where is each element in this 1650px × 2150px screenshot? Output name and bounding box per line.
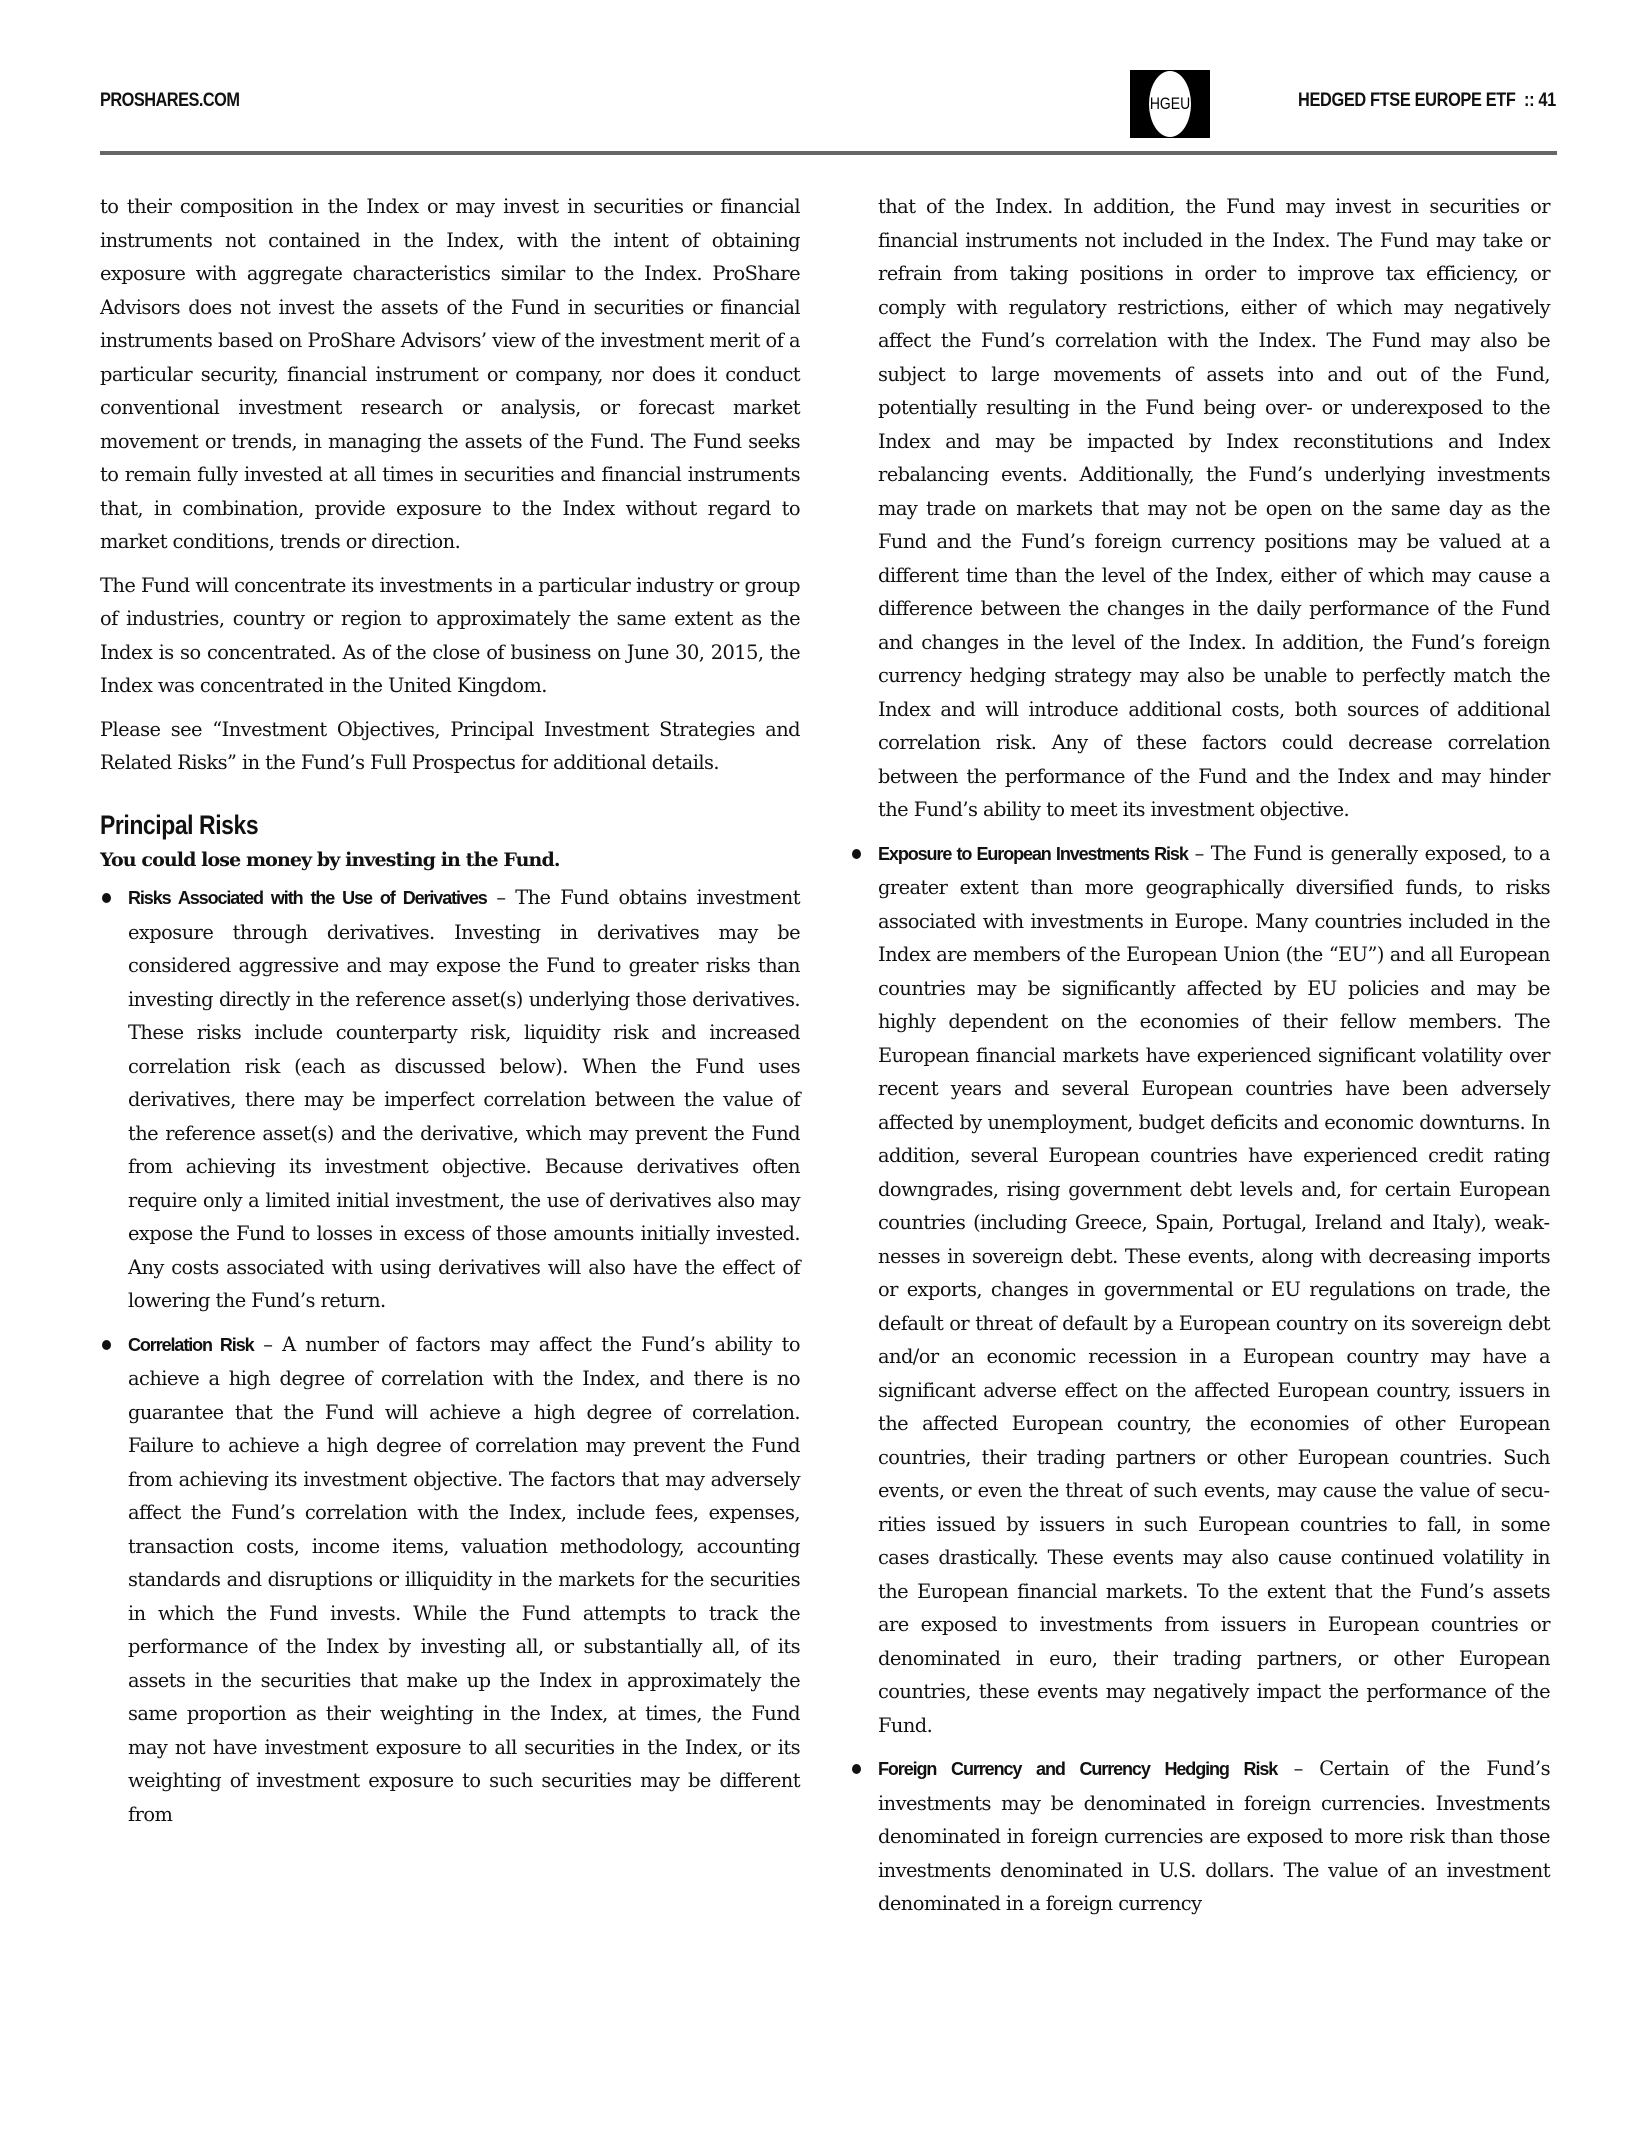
risk-text: The Fund is generally exposed, to a grea… (878, 842, 1550, 1737)
risk-term: Correlation Risk (128, 1335, 254, 1355)
risk-term: Foreign Currency and Currency Hedging Ri… (878, 1759, 1277, 1779)
risk-list: Exposure to European Investments Risk – … (850, 837, 1550, 1921)
site-name: PROSHARES.COM (100, 90, 239, 112)
risk-dash: – (1277, 1757, 1319, 1780)
left-column: to their composition in the Index or may… (100, 190, 800, 1841)
risk-item: Risks Associated with the Use of Derivat… (100, 881, 800, 1318)
risk-text: The Fund obtains investment exposure thr… (128, 886, 800, 1312)
fund-title: HEDGED FTSE EUROPE ETF (1298, 90, 1516, 111)
risk-item: Exposure to European Investments Risk – … (850, 837, 1550, 1743)
section-heading: Principal Risks (100, 808, 695, 842)
risk-dash: – (1188, 842, 1211, 865)
bullet-icon (102, 893, 111, 903)
risk-term: Exposure to European Investments Risk (878, 844, 1188, 864)
fund-logo: HGEU (1130, 70, 1210, 138)
bullet-icon (852, 1764, 861, 1774)
continued-paragraph: that of the Index. In addition, the Fund… (850, 190, 1550, 827)
risk-text: Certain of the Fund’s investments may be… (878, 1757, 1550, 1915)
body-paragraph: to their composition in the Index or may… (100, 190, 800, 559)
title-separator: :: (1524, 90, 1534, 111)
risk-dash: – (487, 886, 516, 909)
risk-text: A number of factors may affect the Fund’… (128, 1333, 800, 1826)
bullet-icon (102, 1340, 111, 1350)
page-number: 41 (1539, 90, 1556, 111)
right-column: that of the Index. In addition, the Fund… (850, 190, 1550, 1931)
risk-item: Foreign Currency and Currency Hedging Ri… (850, 1752, 1550, 1921)
bullet-icon (852, 849, 861, 859)
section-lead: You could lose money by investing in the… (100, 844, 800, 878)
body-paragraph: The Fund will concentrate its investment… (100, 569, 800, 703)
risk-item: Correlation Risk – A number of factors m… (100, 1328, 800, 1832)
header-rule (100, 151, 1557, 155)
page-header-title: HEDGED FTSE EUROPE ETF :: 41 (1298, 90, 1556, 112)
risk-list: Risks Associated with the Use of Derivat… (100, 881, 800, 1831)
risk-dash: – (254, 1333, 283, 1356)
body-paragraph: Please see “Investment Objectives, Princ… (100, 713, 800, 780)
logo-ticker: HGEU (1137, 70, 1203, 138)
risk-term: Risks Associated with the Use of Derivat… (128, 888, 487, 908)
